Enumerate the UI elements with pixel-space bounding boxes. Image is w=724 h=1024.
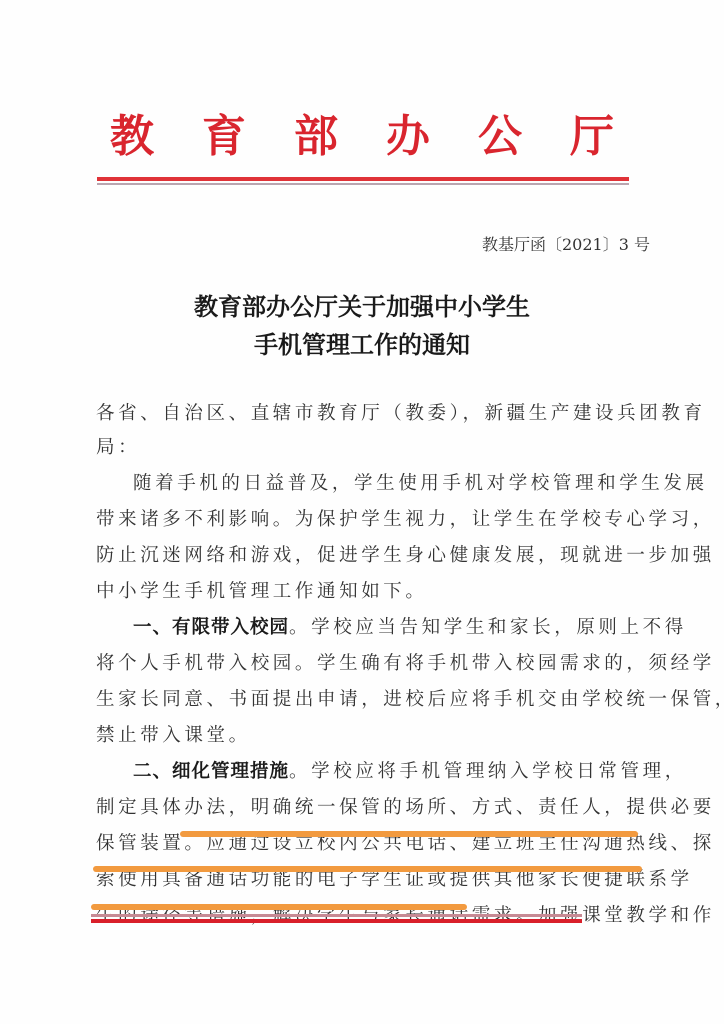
notice-title-line2: 手机管理工作的通知	[0, 325, 724, 360]
paragraph-line: 随着手机的日益普及，学生使用手机对学校管理和学生发展	[133, 469, 673, 495]
addressee-line: 局：	[96, 433, 636, 459]
paragraph-line: 制定具体办法，明确统一保管的场所、方式、责任人，提供必要	[96, 793, 636, 819]
section2-first-line: 二、细化管理措施。学校应将手机管理纳入学校日常管理，	[133, 757, 673, 783]
paragraph-line: 带来诸多不利影响。为保护学生视力，让学生在学校专心学习，	[96, 505, 636, 531]
masthead-char: 部	[294, 100, 338, 164]
masthead-char: 育	[202, 100, 246, 164]
paragraph-line: 中小学生手机管理工作通知如下。	[96, 577, 636, 603]
bottom-red-rule	[91, 919, 582, 923]
highlight-underline	[91, 904, 467, 910]
masthead-red-rule	[97, 177, 629, 181]
addressee-line: 各省、自治区、直辖市教育厅（教委），新疆生产建设兵团教育	[96, 399, 636, 425]
section2-text: 。学校应将手机管理纳入学校日常管理，	[289, 761, 687, 782]
bottom-grey-rule	[91, 914, 582, 917]
highlight-underline	[180, 831, 638, 837]
section2-heading: 二、细化管理措施	[133, 761, 289, 782]
notice-title-line1: 教育部办公厅关于加强中小学生	[0, 287, 724, 322]
paragraph-line: 禁止带入课堂。	[96, 721, 636, 747]
masthead-char: 公	[478, 100, 522, 164]
masthead-char: 办	[386, 100, 430, 164]
section1-first-line: 一、有限带入校园。学校应当告知学生和家长，原则上不得	[133, 613, 673, 639]
paragraph-line: 防止沉迷网络和游戏，促进学生身心健康发展，现就进一步加强	[96, 541, 636, 567]
masthead-char: 厅	[570, 100, 614, 164]
paragraph-line: 将个人手机带入校园。学生确有将手机带入校园需求的，须经学	[96, 649, 636, 675]
paragraph-line: 生家长同意、书面提出申请，进校后应将手机交由学校统一保管，	[96, 685, 636, 711]
highlight-underline	[93, 866, 642, 872]
section1-text: 。学校应当告知学生和家长，原则上不得	[289, 617, 687, 638]
document-number: 教基厅函〔2021〕3 号	[482, 232, 650, 255]
masthead-title: 教育部办公厅	[0, 100, 724, 164]
masthead-grey-rule	[97, 183, 629, 185]
masthead-char: 教	[110, 100, 154, 164]
section1-heading: 一、有限带入校园	[133, 617, 289, 638]
